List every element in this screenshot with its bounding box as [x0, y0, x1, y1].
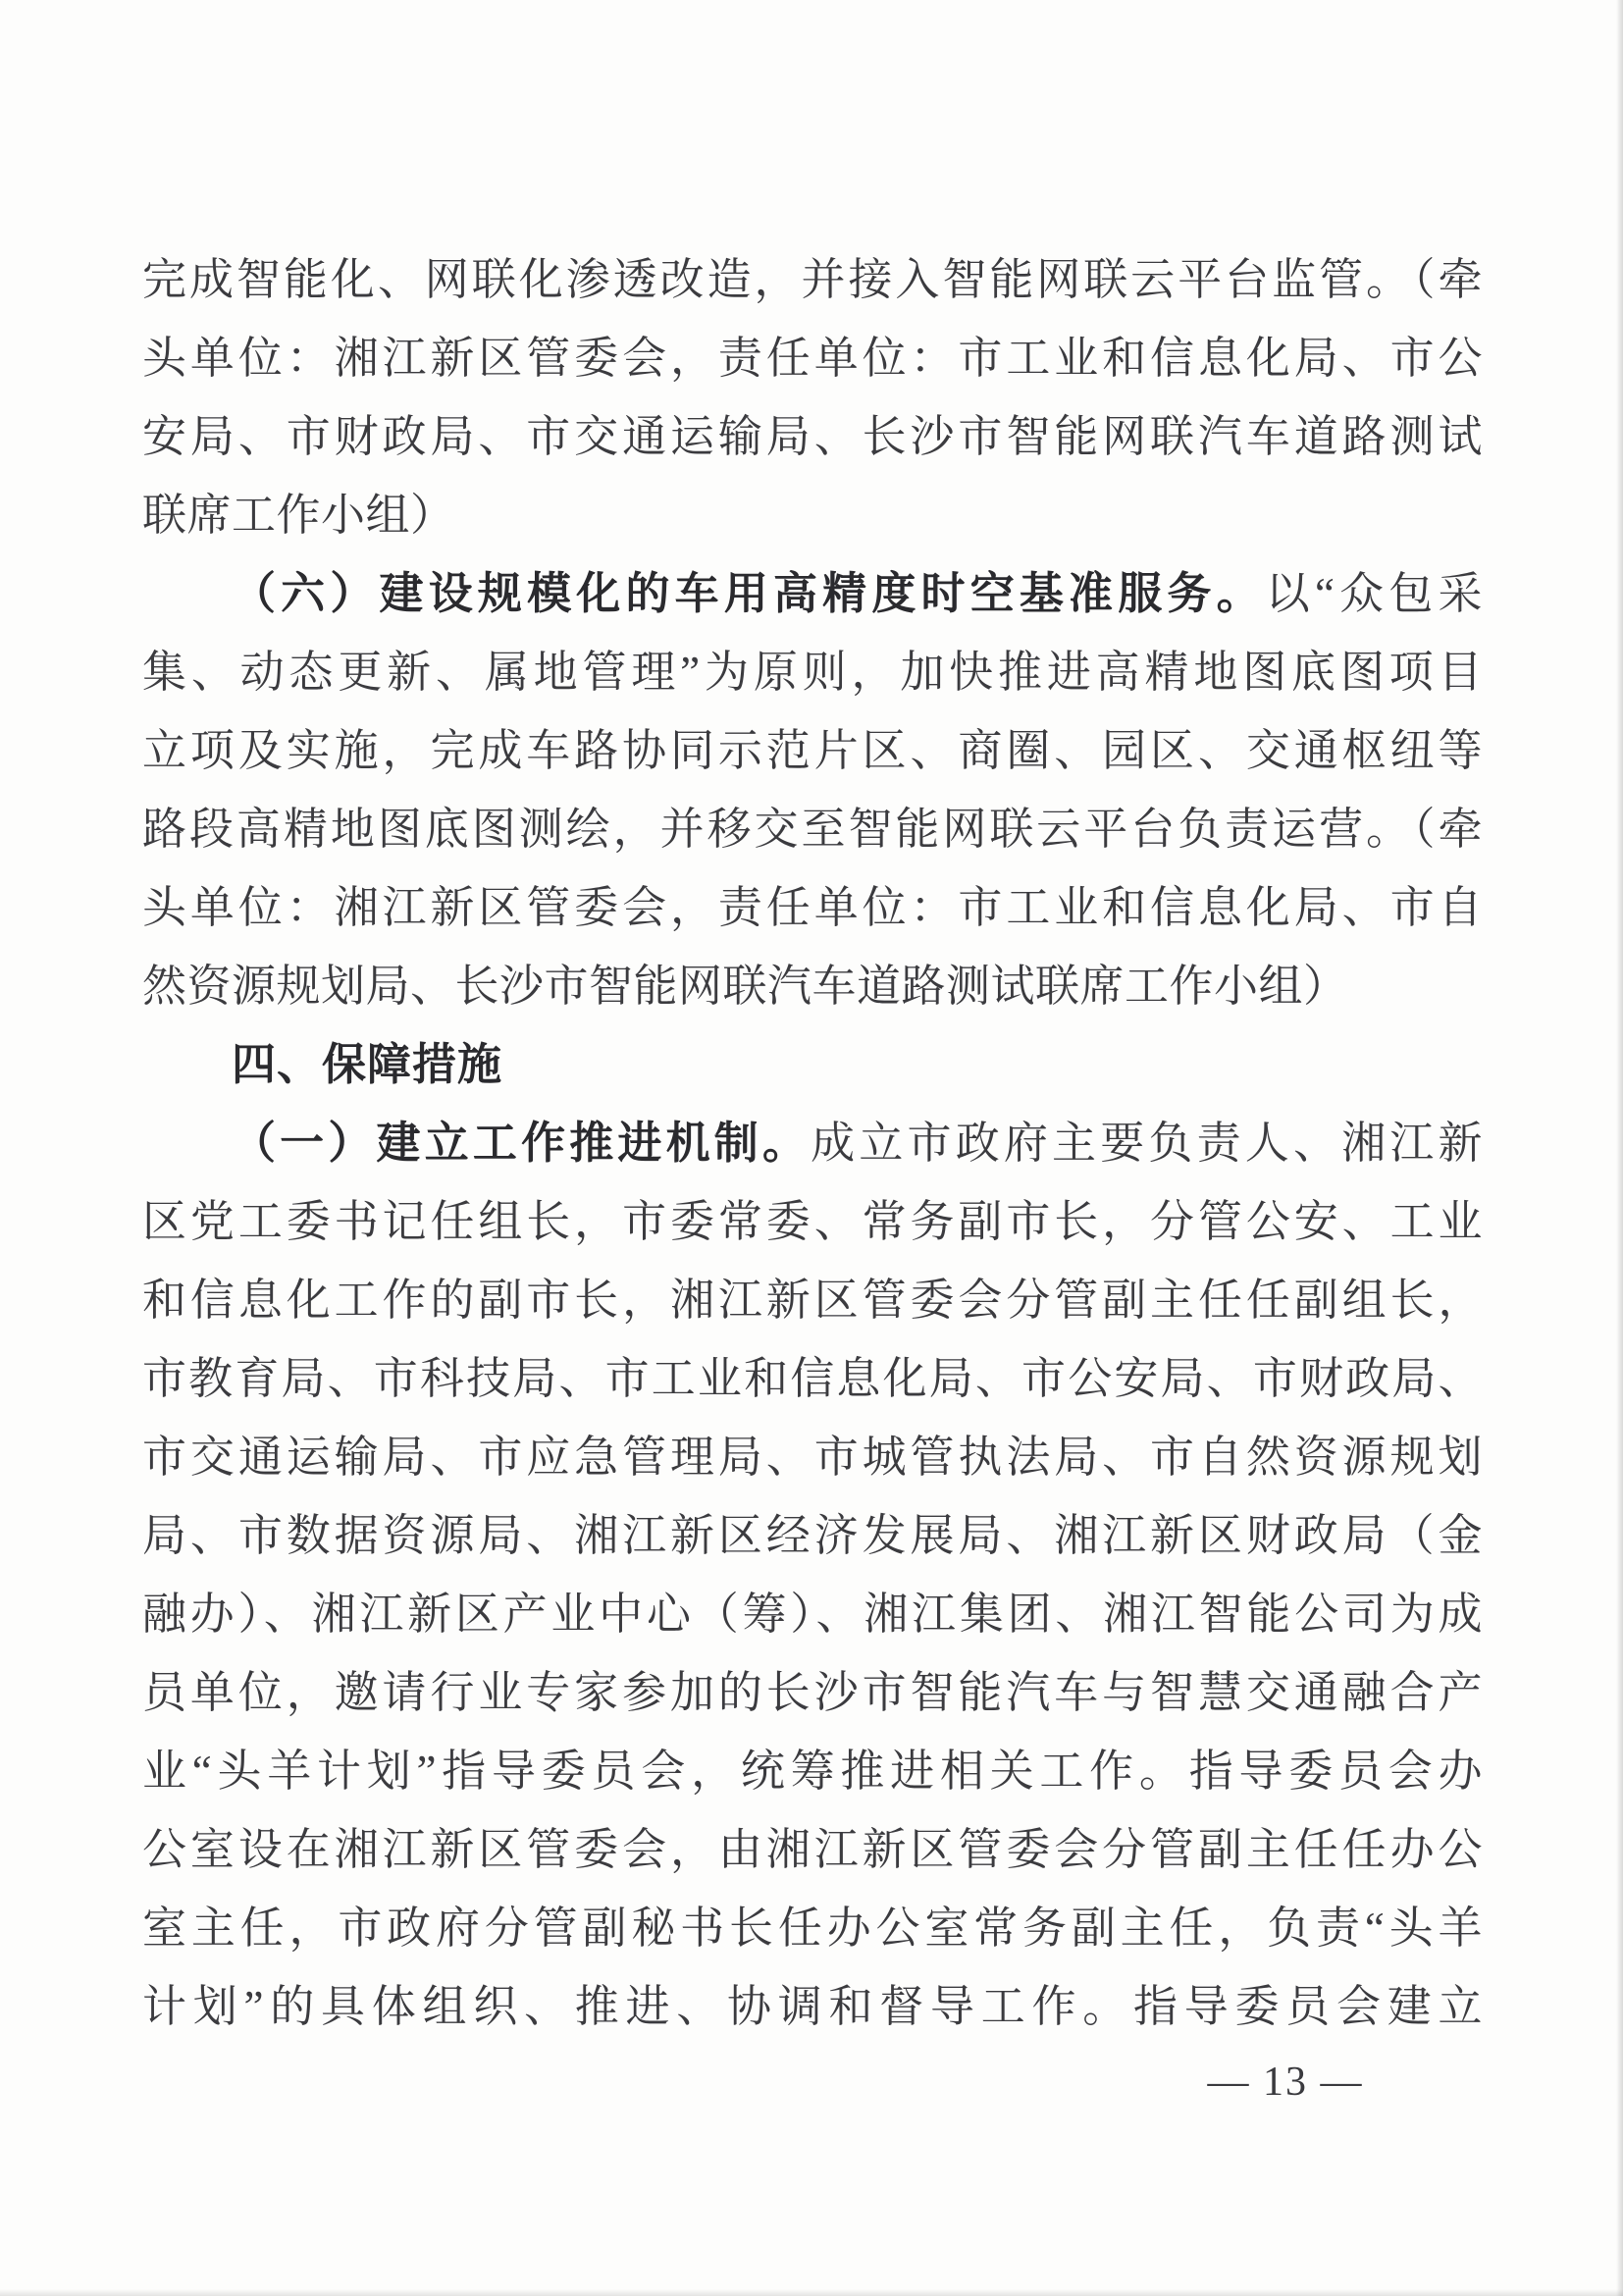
text-line: 市教育局、市科技局、市工业和信息化局、市公安局、市财政局、	[142, 1339, 1483, 1418]
text-line: 区党工委书记任组长，市委常委、常务副市长，分管公安、工业	[142, 1182, 1483, 1261]
text-line: （六）建设规模化的车用高精度时空基准服务。以“众包采	[142, 554, 1483, 633]
line-text: 完成智能化、网联化渗透改造，并接入智能网联云平台监管。（牵	[142, 255, 1483, 304]
text-line: 市交通运输局、市应急管理局、市城管执法局、市自然资源规划	[142, 1418, 1483, 1496]
line-text: 局、市数据资源局、湘江新区经济发展局、湘江新区财政局（金	[142, 1511, 1483, 1560]
line-text: 成立市政府主要负责人、湘江新	[811, 1119, 1483, 1168]
line-text: 头单位：湘江新区管委会，责任单位：市工业和信息化局、市公	[142, 334, 1483, 383]
line-text: 安局、市财政局、市交通运输局、长沙市智能网联汽车道路测试	[142, 412, 1483, 461]
page-number: — 13 —	[1158, 2053, 1413, 2112]
line-text: 市教育局、市科技局、市工业和信息化局、市公安局、市财政局、	[142, 1354, 1483, 1403]
text-line: 集、动态更新、属地管理”为原则，加快推进高精地图底图项目	[142, 633, 1483, 711]
text-line: 头单位：湘江新区管委会，责任单位：市工业和信息化局、市公	[142, 319, 1483, 397]
line-text: 路段高精地图底图测绘，并移交至智能网联云平台负责运营。（牵	[142, 805, 1483, 854]
text-line: 业“头羊计划”指导委员会，统筹推进相关工作。指导委员会办	[142, 1732, 1483, 1810]
text-line: 室主任，市政府分管副秘书长任办公室常务副主任，负责“头羊	[142, 1889, 1483, 1967]
line-text: 以“众包采	[1266, 569, 1483, 618]
line-text: 联席工作小组）	[142, 491, 455, 540]
line-text: 和信息化工作的副市长，湘江新区管委会分管副主任任副组长，	[142, 1276, 1483, 1325]
line-text: 集、动态更新、属地管理”为原则，加快推进高精地图底图项目	[142, 648, 1483, 697]
line-text: 市交通运输局、市应急管理局、市城管执法局、市自然资源规划	[142, 1433, 1483, 1482]
document-body: 完成智能化、网联化渗透改造，并接入智能网联云平台监管。（牵头单位：湘江新区管委会…	[142, 240, 1483, 2046]
line-text: 计划”的具体组织、推进、协调和督导工作。指导委员会建立	[142, 1982, 1483, 2031]
text-line: 头单位：湘江新区管委会，责任单位：市工业和信息化局、市自	[142, 868, 1483, 947]
text-line: 完成智能化、网联化渗透改造，并接入智能网联云平台监管。（牵	[142, 240, 1483, 319]
text-line: 局、市数据资源局、湘江新区经济发展局、湘江新区财政局（金	[142, 1496, 1483, 1575]
document-page: 完成智能化、网联化渗透改造，并接入智能网联云平台监管。（牵头单位：湘江新区管委会…	[0, 0, 1623, 2296]
scan-edge-right	[1616, 0, 1623, 2296]
line-text: 融办）、湘江新区产业中心（筹）、湘江集团、湘江智能公司为成	[142, 1590, 1483, 1639]
text-line: 计划”的具体组织、推进、协调和督导工作。指导委员会建立	[142, 1967, 1483, 2046]
line-text: 头单位：湘江新区管委会，责任单位：市工业和信息化局、市自	[142, 883, 1483, 932]
text-line: 和信息化工作的副市长，湘江新区管委会分管副主任任副组长，	[142, 1261, 1483, 1339]
text-line: 立项及实施，完成车路协同示范片区、商圈、园区、交通枢纽等	[142, 711, 1483, 790]
section-heading: 四、保障措施	[142, 1025, 1483, 1104]
line-text: 公室设在湘江新区管委会，由湘江新区管委会分管副主任任办公	[142, 1825, 1483, 1874]
bold-lead-in: （一）建立工作推进机制。	[232, 1119, 811, 1168]
line-text: 室主任，市政府分管副秘书长任办公室常务副主任，负责“头羊	[142, 1904, 1483, 1953]
line-text: 立项及实施，完成车路协同示范片区、商圈、园区、交通枢纽等	[142, 726, 1483, 775]
line-text: 然资源规划局、长沙市智能网联汽车道路测试联席工作小组）	[142, 962, 1348, 1011]
text-line: 然资源规划局、长沙市智能网联汽车道路测试联席工作小组）	[142, 947, 1483, 1025]
text-line: 安局、市财政局、市交通运输局、长沙市智能网联汽车道路测试	[142, 397, 1483, 476]
line-text: 区党工委书记任组长，市委常委、常务副市长，分管公安、工业	[142, 1197, 1483, 1246]
line-text: 员单位，邀请行业专家参加的长沙市智能汽车与智慧交通融合产	[142, 1668, 1483, 1717]
line-text: 业“头羊计划”指导委员会，统筹推进相关工作。指导委员会办	[142, 1747, 1483, 1796]
bold-lead-in: （六）建设规模化的车用高精度时空基准服务。	[232, 569, 1266, 618]
text-line: 融办）、湘江新区产业中心（筹）、湘江集团、湘江智能公司为成	[142, 1575, 1483, 1653]
bold-lead-in: 四、保障措施	[232, 1039, 502, 1089]
text-line: 公室设在湘江新区管委会，由湘江新区管委会分管副主任任办公	[142, 1810, 1483, 1889]
text-line: 路段高精地图底图测绘，并移交至智能网联云平台负责运营。（牵	[142, 790, 1483, 868]
text-line: 员单位，邀请行业专家参加的长沙市智能汽车与智慧交通融合产	[142, 1653, 1483, 1732]
text-line: （一）建立工作推进机制。成立市政府主要负责人、湘江新	[142, 1104, 1483, 1182]
scan-edge-bottom	[0, 2289, 1623, 2296]
text-line: 联席工作小组）	[142, 476, 1483, 554]
